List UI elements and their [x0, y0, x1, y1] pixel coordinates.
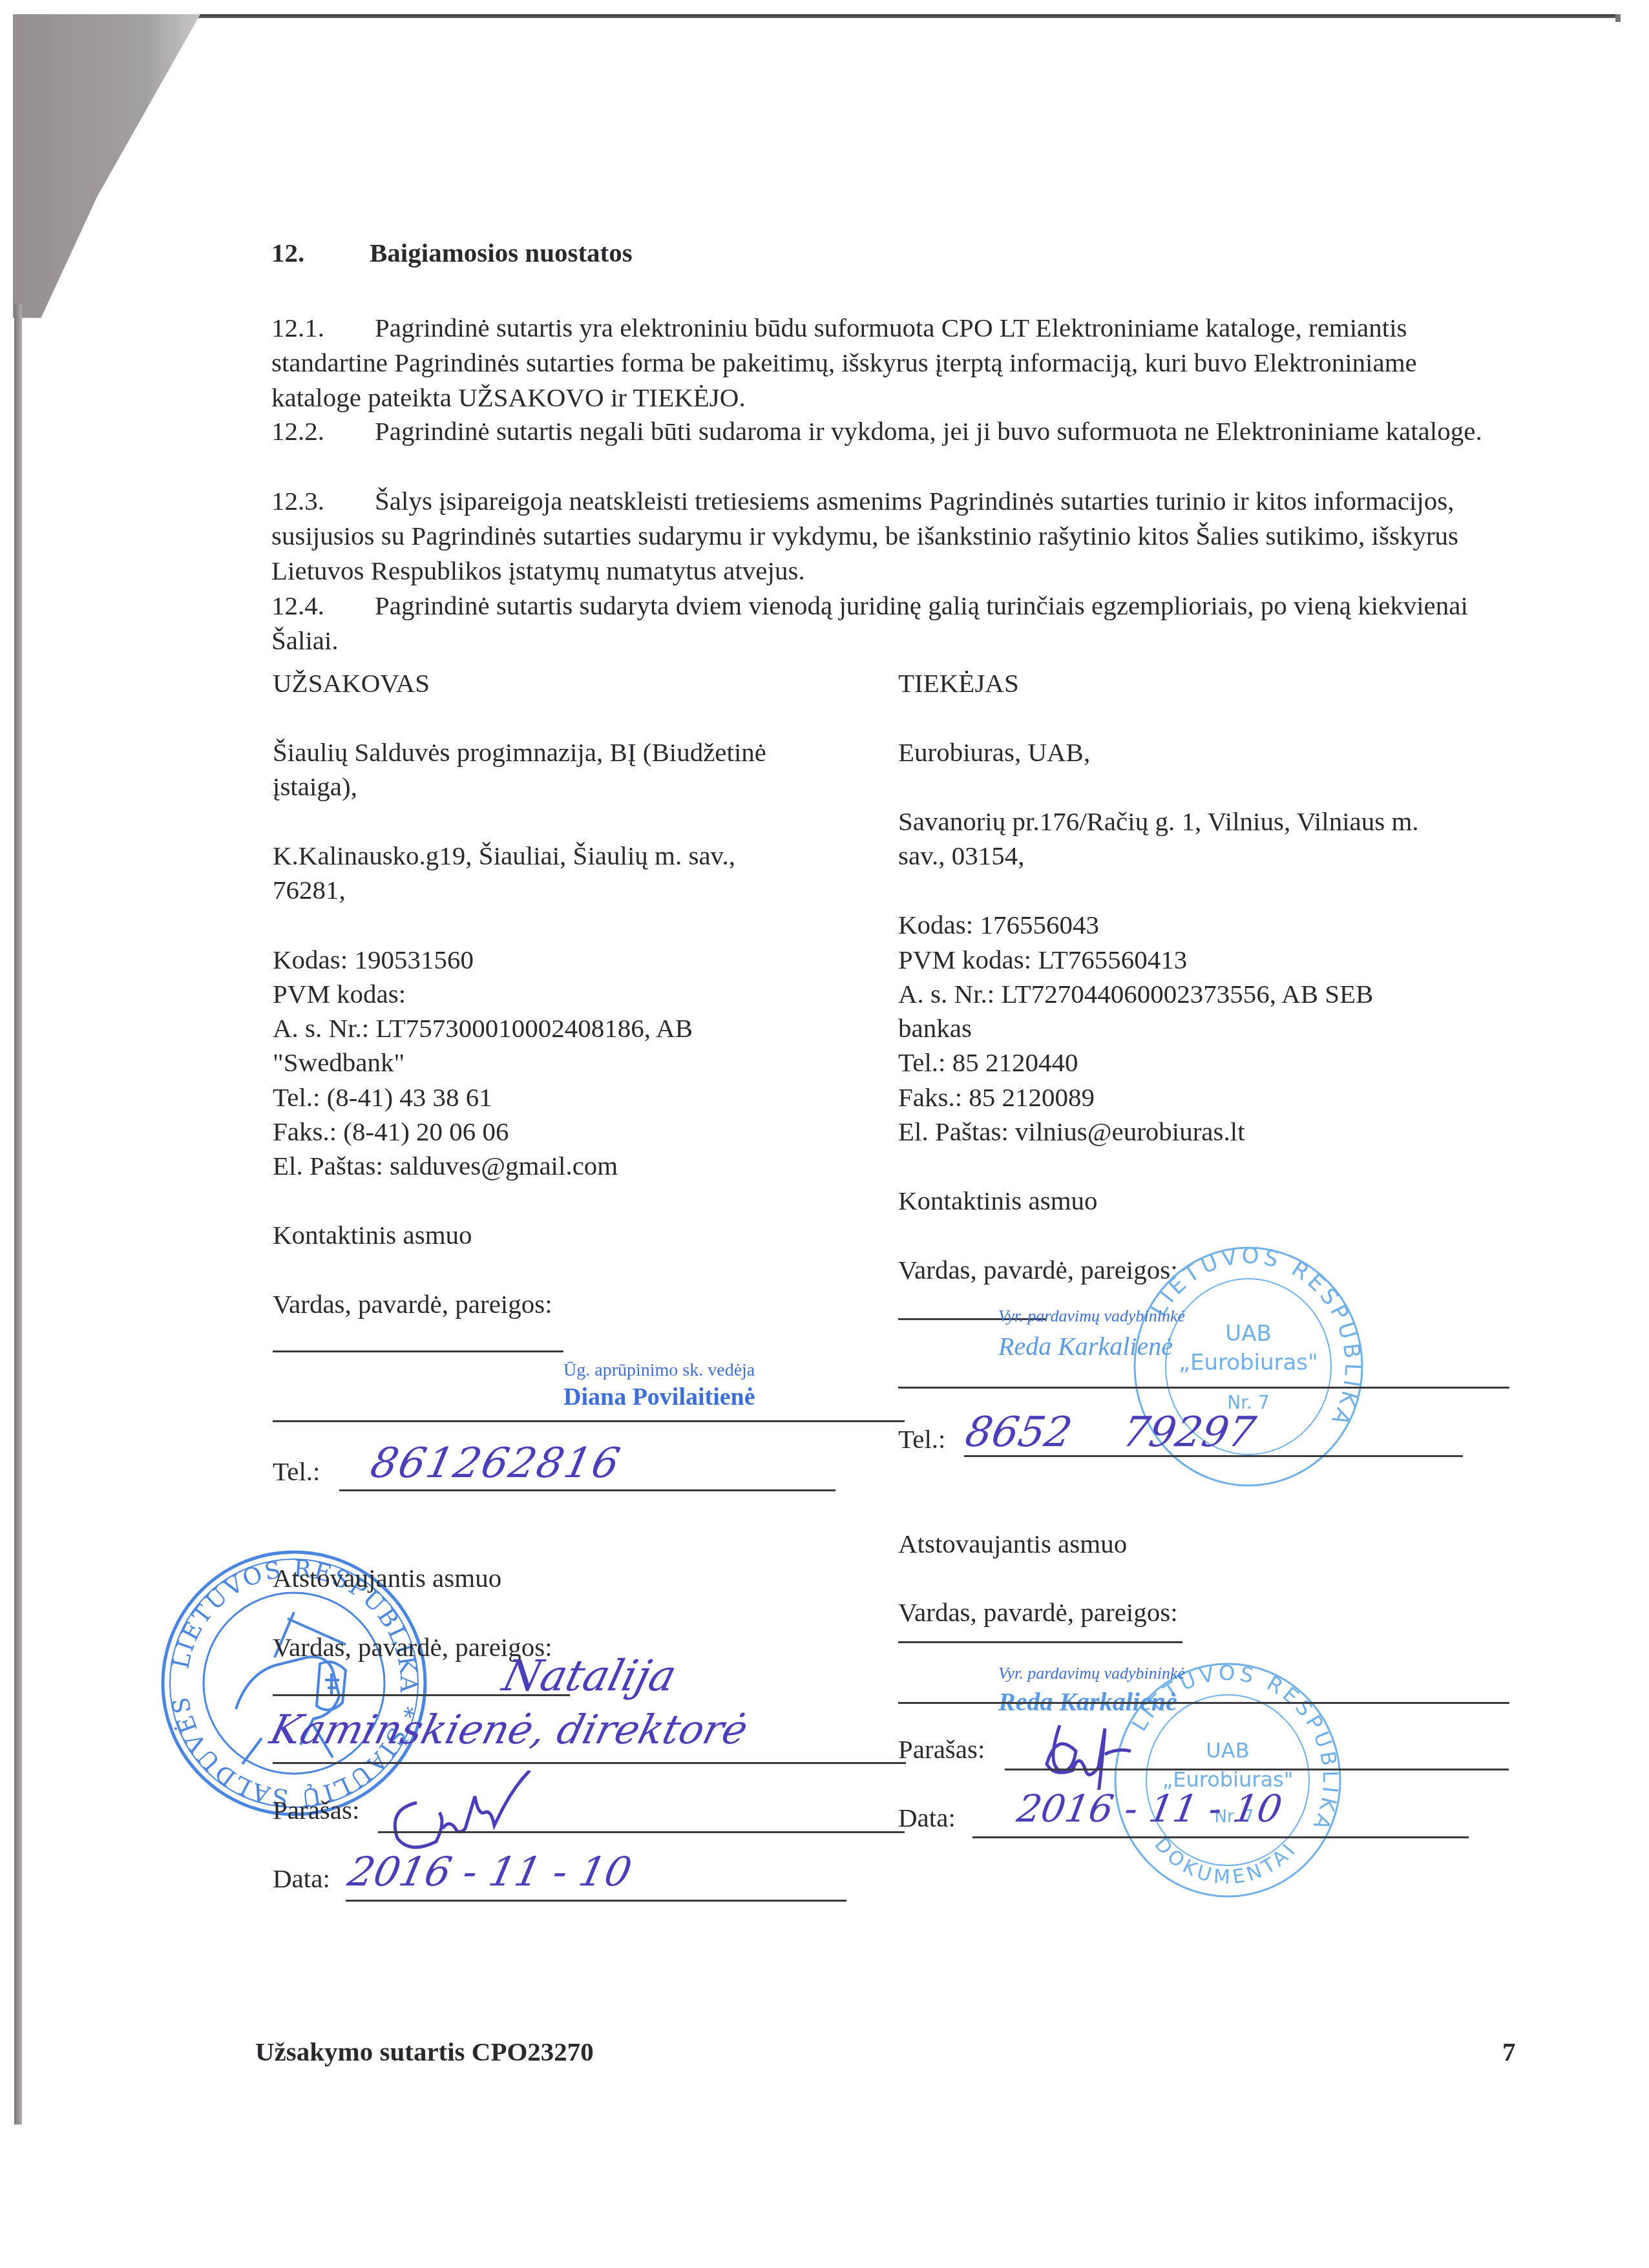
seal-uab: UAB: [1225, 1321, 1271, 1347]
contact-stamp-name: Diana Povilaitienė: [563, 1383, 755, 1411]
handwritten-phone: 8652 79297: [961, 1409, 1259, 1456]
customer-contact-tel-label: Tel.:: [273, 1454, 320, 1489]
customer-contact-heading: Kontaktinis asmuo: [273, 1217, 472, 1252]
supplier-vat: PVM kodas: LT765560413: [898, 942, 1187, 977]
supplier-contact-stamp-name: Reda Karkalienė: [998, 1331, 1173, 1361]
customer-heading: UŽSAKOVAS: [273, 666, 430, 700]
handwritten-date: 2016 - 11 - 10: [344, 1848, 636, 1895]
date-underline: [346, 1900, 846, 1902]
supplier-tel-underline: [964, 1455, 1463, 1457]
handwritten-rep-first-name: Natalija: [498, 1651, 681, 1701]
supplier-contact-heading: Kontaktinis asmuo: [898, 1183, 1098, 1218]
contact-tel-underline: [339, 1489, 835, 1491]
supplier-rep-stamp-title: Vyr. pardavimų vadybininkė: [998, 1664, 1185, 1683]
supplier-account: A. s. Nr.: LT727044060002373556, AB SEB: [898, 976, 1373, 1011]
clause-12-1: 12.1.Pagrindinė sutartis yra elektronini…: [271, 310, 1512, 415]
clause-text: Pagrindinė sutartis sudaryta dviem vieno…: [271, 591, 1468, 655]
customer-signature-label: Parašas:: [273, 1792, 359, 1827]
supplier-rep-name-underline: [898, 1641, 1182, 1643]
clause-number: 12.2.: [271, 414, 375, 448]
supplier-email: El. Paštas: vilnius@eurobiuras.lt: [898, 1114, 1245, 1149]
customer-address: K.Kalinausko.g19, Šiauliai, Šiaulių m. s…: [273, 838, 735, 873]
clause-12-4: 12.4.Pagrindinė sutartis sudaryta dviem …: [271, 588, 1512, 658]
signature-scribble-icon: [384, 1770, 546, 1854]
customer-vat: PVM kodas:: [273, 976, 406, 1011]
scan-top-border: [197, 14, 1621, 18]
supplier-address-cont: sav., 03154,: [898, 838, 1025, 873]
supplier-heading: TIEKĖJAS: [898, 666, 1019, 700]
handwritten-date: 2016 - 11 - 10: [1014, 1787, 1285, 1831]
seal-company: „Eurobiuras": [1179, 1350, 1318, 1376]
supplier-contact-tel-label: Tel.:: [898, 1422, 945, 1456]
handwritten-phone: 861262816: [366, 1440, 625, 1487]
scan-shadow-strip: [14, 304, 22, 2125]
supplier-rep-position-underline: [898, 1702, 1509, 1704]
footer-title: Užsakymo sutartis CPO23270: [255, 2034, 594, 2069]
customer-address-cont: 76281,: [273, 872, 346, 907]
contact-stamp-title: Ūg. aprūpinimo sk. vedėja: [563, 1360, 755, 1381]
customer-signature: [384, 1770, 546, 1854]
customer-name-cont: įstaiga),: [273, 769, 357, 804]
contact-name-underline: [273, 1350, 563, 1352]
clause-number: 12.1.: [271, 310, 375, 345]
rep-name-underline: [273, 1694, 570, 1696]
customer-account: A. s. Nr.: LT757300010002408186, AB: [273, 1011, 693, 1045]
customer-code: Kodas: 190531560: [273, 942, 474, 977]
clause-number: 12.3.: [271, 483, 375, 518]
supplier-address: Savanorių pr.176/Račių g. 1, Vilnius, Vi…: [898, 804, 1419, 839]
clause-12-2: 12.2.Pagrindinė sutartis negali būti sud…: [271, 414, 1512, 448]
supplier-date-label: Data:: [898, 1800, 956, 1835]
supplier-code: Kodas: 176556043: [898, 907, 1099, 942]
customer-email: El. Paštas: salduves@gmail.com: [273, 1148, 618, 1183]
customer-rep-heading: Atstovaujantis asmuo: [273, 1560, 501, 1595]
supplier-rep-name-label: Vardas, pavardė, pareigos:: [898, 1595, 1178, 1630]
clause-12-3: 12.3.Šalys įsipareigoja neatskleisti tre…: [271, 483, 1512, 588]
customer-fax: Faks.: (8-41) 20 06 06: [273, 1114, 509, 1149]
supplier-bank: bankas: [898, 1011, 972, 1045]
seal-uab: UAB: [1206, 1738, 1249, 1763]
scan-edge-mark: [1615, 14, 1621, 22]
supplier-signature-underline: [1005, 1769, 1509, 1770]
supplier-contact-position-underline: [898, 1387, 1509, 1389]
supplier-phone: Tel.: 85 2120440: [898, 1045, 1078, 1080]
supplier-date-underline: [972, 1836, 1469, 1838]
clause-text: Pagrindinė sutartis negali būti sudaroma…: [375, 416, 1482, 446]
contact-position-underline: [273, 1420, 905, 1422]
section-title: Baigiamosios nuostatos: [370, 235, 633, 270]
customer-name: Šiaulių Salduvės progimnazija, BĮ (Biudž…: [273, 735, 766, 770]
supplier-fax: Faks.: 85 2120089: [898, 1080, 1095, 1115]
clause-number: 12.4.: [271, 588, 375, 623]
supplier-name: Eurobiuras, UAB,: [898, 735, 1090, 770]
signature-underline: [378, 1831, 905, 1833]
supplier-contact-stamp-title: Vyr. pardavimų vadybininkė: [998, 1307, 1185, 1326]
handwritten-rep-surname-position: Kaminskienė, direktorė: [266, 1706, 753, 1753]
clause-text: Pagrindinė sutartis yra elektroniniu būd…: [271, 313, 1417, 412]
customer-date-label: Data:: [273, 1861, 330, 1896]
section-number: 12.: [271, 235, 304, 270]
customer-bank: "Swedbank": [273, 1045, 404, 1080]
supplier-signature-label: Parašas:: [898, 1732, 985, 1767]
customer-contact-name-label: Vardas, pavardė, pareigos:: [273, 1286, 552, 1321]
scan-shadow: [13, 14, 200, 318]
customer-phone: Tel.: (8-41) 43 38 61: [273, 1080, 492, 1115]
signature-scribble-icon: [1034, 1712, 1150, 1790]
supplier-rep-heading: Atstovaujantis asmuo: [898, 1526, 1127, 1561]
supplier-signature: [1034, 1712, 1150, 1790]
clause-text: Šalys įsipareigoja neatskleisti tretiesi…: [271, 486, 1458, 585]
rep-position-underline: [273, 1762, 906, 1764]
page-number: 7: [1502, 2034, 1516, 2069]
